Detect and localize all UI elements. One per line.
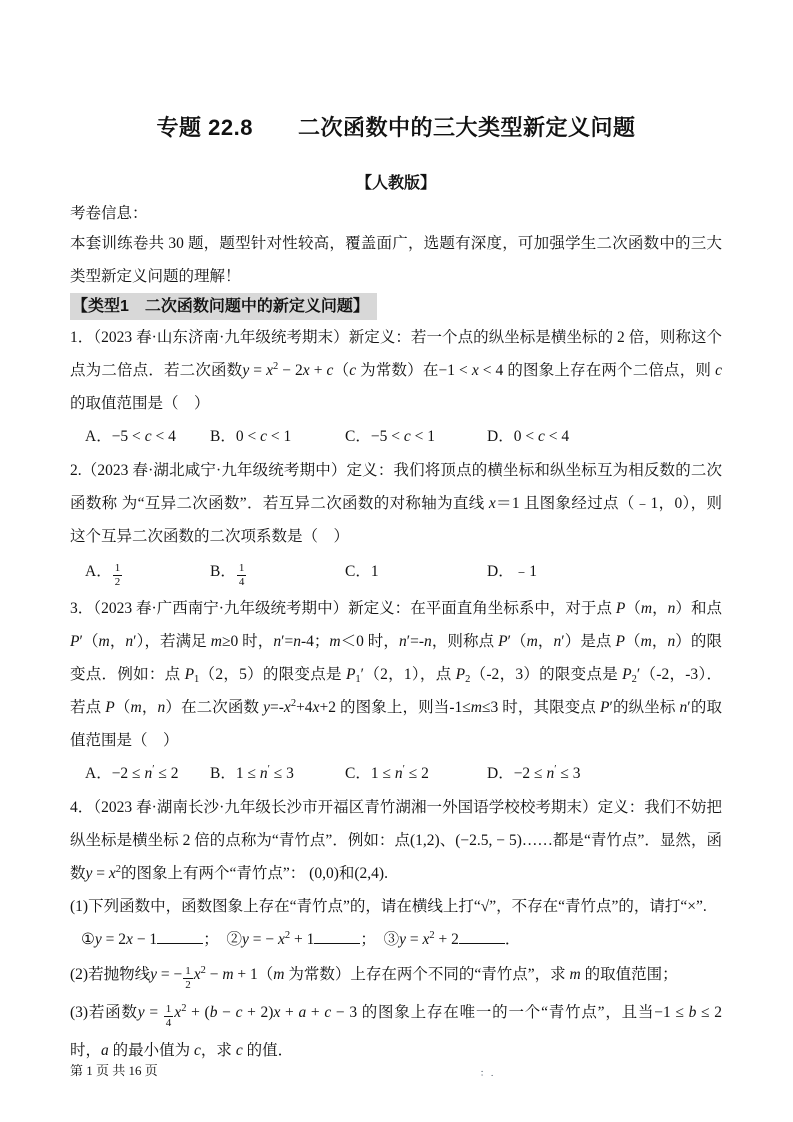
- question-1-option-a: A．−5 < c < 4: [85, 420, 210, 453]
- page-title: 专题 22.8 二次函数中的三大类型新定义问题: [70, 114, 722, 142]
- worksheet-page: 专题 22.8 二次函数中的三大类型新定义问题 【人教版】 考卷信息： 本套训练…: [0, 0, 793, 1122]
- question-3-stem: 3．（2023 春·广西南宁·九年级统考期中）新定义：在平面直角坐标系中，对于点…: [70, 592, 722, 757]
- question-1-option-b: B．0 < c < 1: [210, 420, 345, 453]
- question-2-option-c: C．1: [345, 553, 487, 591]
- question-4-part-1: (1)下列函数中，函数图象上存在“青竹点”的，请在横线上打“√”，不存在“青竹点…: [70, 890, 722, 923]
- question-2: 2.（2023 春·湖北咸宁·九年级统考期中）定义：我们将顶点的横坐标和纵坐标互…: [70, 454, 722, 591]
- question-1-option-d: D．0 < c < 4: [487, 420, 569, 453]
- answer-blank: [459, 928, 505, 944]
- question-2-stem: 2.（2023 春·湖北咸宁·九年级统考期中）定义：我们将顶点的横坐标和纵坐标互…: [70, 454, 722, 553]
- footer-note: ：.: [480, 1062, 495, 1084]
- question-1-option-c: C．−5 < c < 1: [345, 420, 487, 453]
- question-4-part-3: (3)若函数y = 14x2 + (b − c + 2)x + a + c − …: [70, 994, 722, 1070]
- exam-info-text: 本套训练卷共 30 题，题型针对性较高，覆盖面广，选题有深度，可加强学生二次函数…: [70, 227, 722, 293]
- edition-label: 【人教版】: [70, 175, 722, 193]
- page-number: 第 1 页 共 16 页: [70, 1063, 158, 1078]
- question-3-option-b: B．1 ≤ n′ ≤ 3: [210, 757, 345, 790]
- answer-blank: [157, 928, 203, 944]
- question-4-part-2: (2)若抛物线y = −12x2 − m + 1（m 为常数）上存在两个不同的“…: [70, 956, 722, 994]
- question-1-options: A．−5 < c < 4 B．0 < c < 1 C．−5 < c < 1 D．…: [70, 420, 722, 453]
- page-footer: 第 1 页 共 16 页 ：.: [70, 1060, 722, 1082]
- question-2-option-d: D．﹣1: [487, 553, 537, 591]
- question-4: 4．（2023 春·湖南长沙·九年级长沙市开福区青竹湖湘一外国语学校校考期末）定…: [70, 791, 722, 1070]
- question-3-options: A．−2 ≤ n′ ≤ 2 B．1 ≤ n′ ≤ 3 C．1 ≤ n′ ≤ 2 …: [70, 757, 722, 790]
- question-2-option-a: A．12: [85, 553, 210, 591]
- answer-blank: [314, 928, 360, 944]
- question-2-option-b: B．14: [210, 553, 345, 591]
- question-4-part-1-items: ①y = 2x − 1； ②y = − x2 + 1； ③y = x2 + 2．: [70, 923, 722, 956]
- question-4-stem: 4．（2023 春·湖南长沙·九年级长沙市开福区青竹湖湘一外国语学校校考期末）定…: [70, 791, 722, 890]
- section-1-header: 【类型1 二次函数问题中的新定义问题】: [70, 293, 377, 320]
- question-3-option-d: D．−2 ≤ n′ ≤ 3: [487, 757, 581, 790]
- question-1-stem: 1．（2023 春·山东济南·九年级统考期末）新定义：若一个点的纵坐标是横坐标的…: [70, 321, 722, 420]
- question-3-option-a: A．−2 ≤ n′ ≤ 2: [85, 757, 210, 790]
- question-1: 1．（2023 春·山东济南·九年级统考期末）新定义：若一个点的纵坐标是横坐标的…: [70, 321, 722, 453]
- question-2-options: A．12 B．14 C．1 D．﹣1: [70, 553, 722, 591]
- question-3: 3．（2023 春·广西南宁·九年级统考期中）新定义：在平面直角坐标系中，对于点…: [70, 592, 722, 790]
- exam-info-label: 考卷信息：: [70, 204, 722, 224]
- question-3-option-c: C．1 ≤ n′ ≤ 2: [345, 757, 487, 790]
